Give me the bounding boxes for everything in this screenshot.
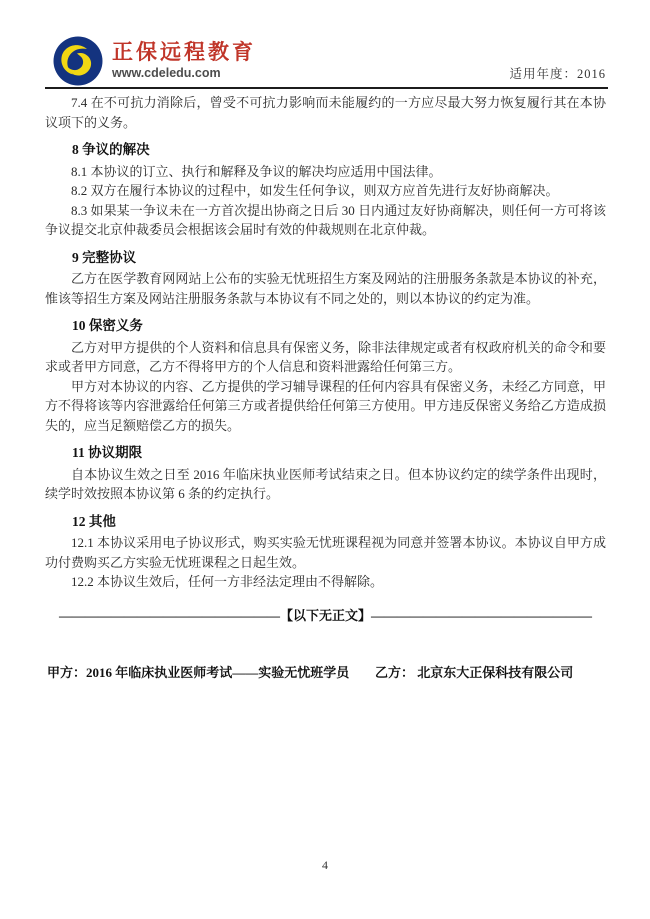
paragraph: 12.1 本协议采用电子协议形式，购买实验无忧班课程视为同意并签署本协议。本协议… (45, 533, 606, 572)
brand-block: 正保远程教育 www.cdeledu.com (53, 36, 256, 86)
paragraph: 乙方在医学教育网网站上公布的实验无忧班招生方案及网站的注册服务条款是本协议的补充… (45, 269, 606, 308)
page-number: 4 (322, 858, 328, 872)
party-b-label: 乙方： 北京东大正保科技有限公司 (375, 663, 573, 683)
agreement-blocks: 7.4 在不可抗力消除后，曾受不可抗力影响而未能履约的一方应尽最大努力恢复履行其… (45, 93, 606, 592)
applicable-year-label: 适用年度：2016 (509, 64, 606, 82)
section-heading: 11 协议期限 (45, 443, 606, 463)
paragraph: 8.3 如果某一争议未在一方首次提出协商之日后 30 日内通过友好协商解决，则任… (45, 201, 606, 240)
paragraph: 12.2 本协议生效后，任何一方非经法定理由不得解除。 (45, 572, 606, 592)
page-footer: 4 (0, 858, 650, 873)
section-heading: 8 争议的解决 (45, 140, 606, 160)
brand-text: 正保远程教育 www.cdeledu.com (112, 42, 256, 80)
paragraph: 8.2 双方在履行本协议的过程中，如发生任何争议，则双方应首先进行友好协商解决。 (45, 181, 606, 201)
no-more-text-marker: —————————————————【以下无正文】————————————————… (45, 606, 606, 626)
paragraph: 自本协议生效之日至 2016 年临床执业医师考试结束之日。但本协议约定的续学条件… (45, 465, 606, 504)
document-page: 正保远程教育 www.cdeledu.com 适用年度：2016 7.4 在不可… (0, 0, 650, 919)
brand-url: www.cdeledu.com (112, 67, 256, 80)
paragraph: 8.1 本协议的订立、执行和解释及争议的解决均应适用中国法律。 (45, 162, 606, 182)
brand-title: 正保远程教育 (112, 42, 256, 64)
party-a-label: 甲方：2016 年临床执业医师考试——实验无忧班学员 (47, 663, 349, 683)
company-logo-icon (53, 36, 103, 86)
section-heading: 10 保密义务 (45, 316, 606, 336)
section-heading: 12 其他 (45, 512, 606, 532)
paragraph: 甲方对本协议的内容、乙方提供的学习辅导课程的任何内容具有保密义务，未经乙方同意，… (45, 377, 606, 436)
paragraph: 乙方对甲方提供的个人资料和信息具有保密义务，除非法律规定或者有权政府机关的命令和… (45, 338, 606, 377)
paragraph: 7.4 在不可抗力消除后，曾受不可抗力影响而未能履约的一方应尽最大努力恢复履行其… (45, 93, 606, 132)
page-header: 正保远程教育 www.cdeledu.com 适用年度：2016 (45, 36, 608, 89)
section-heading: 9 完整协议 (45, 248, 606, 268)
signature-row: 甲方：2016 年临床执业医师考试——实验无忧班学员 乙方： 北京东大正保科技有… (45, 663, 606, 683)
document-body: 7.4 在不可抗力消除后，曾受不可抗力影响而未能履约的一方应尽最大努力恢复履行其… (45, 93, 606, 683)
